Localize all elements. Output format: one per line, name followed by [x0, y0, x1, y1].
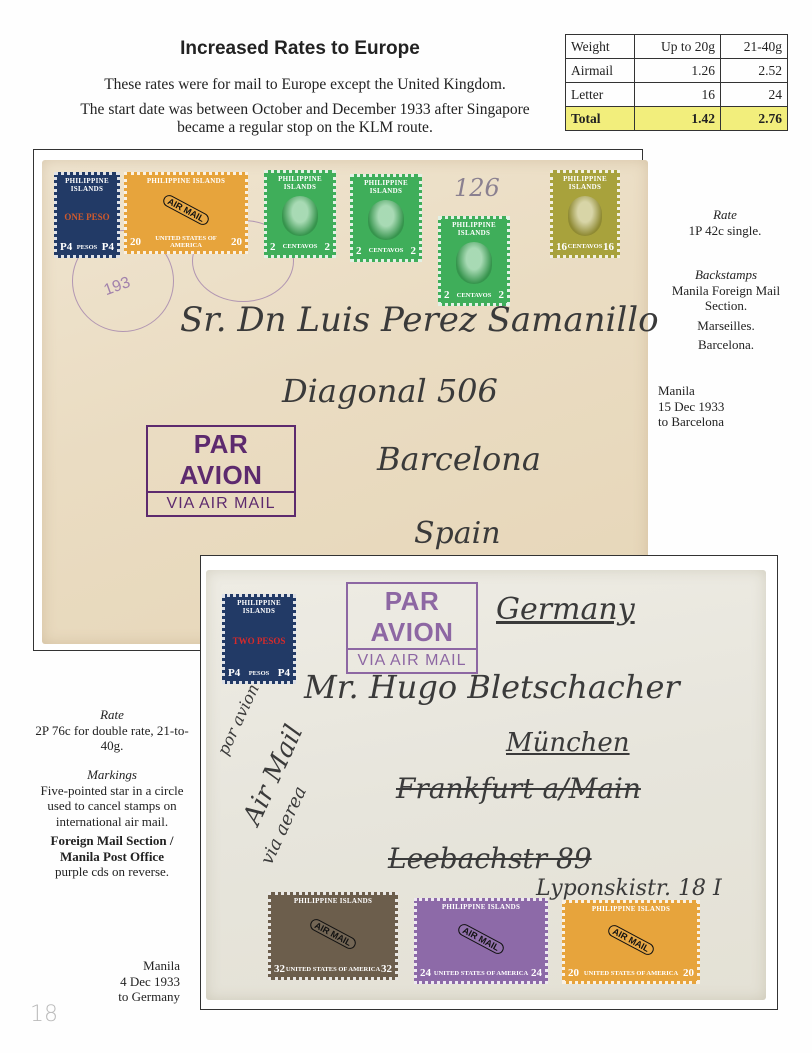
intro-text-2: The start date was between October and D…	[60, 101, 550, 137]
table-row: Letter 16 24	[566, 83, 788, 107]
address-line-3: Barcelona	[377, 440, 541, 478]
portrait-icon	[368, 200, 404, 241]
cover2-route-note: Manila 4 Dec 1933 to Germany	[60, 958, 180, 1005]
cell-value: 24	[721, 83, 788, 107]
stamp-2c-rizal: PHILIPPINE ISLANDS 2CENTAVOS2	[264, 170, 336, 258]
stamp-20c-airmail: PHILIPPINE ISLANDS AIR MAIL 20UNITED STA…	[124, 172, 248, 254]
stamp-32c-airmail: PHILIPPINE ISLANDS AIR MAIL 32UNITED STA…	[268, 892, 398, 980]
par-avion-cachet: PAR AVION VIA AIR MAIL	[146, 425, 296, 517]
cell-value: 1.42	[635, 107, 721, 131]
addressee-name: Mr. Hugo Bletschacher	[304, 668, 680, 706]
stamp-20c-airmail: PHILIPPINE ISLANDS AIR MAIL 20UNITED STA…	[562, 900, 700, 984]
page-number: 18	[30, 1002, 58, 1027]
rates-header-row: Weight Up to 20g 21-40g	[566, 35, 788, 59]
address-line-1: Sr. Dn Luis Perez Samanillo	[180, 300, 659, 340]
cell-value: 2.52	[721, 59, 788, 83]
old-city-struck: Frankfurt a/Main	[396, 772, 641, 805]
stamp-16c-dewey: PHILIPPINE ISLANDS 16CENTAVOS16	[550, 170, 620, 258]
cell-value: 1.26	[635, 59, 721, 83]
pencil-note: 126	[454, 174, 500, 202]
page-title: Increased Rates to Europe	[100, 38, 500, 60]
cell-value: 16	[635, 83, 721, 107]
airplane-overprint-icon: AIR MAIL	[308, 917, 358, 951]
side-marking-por-avion: por avion	[213, 681, 262, 758]
total-row: Total 1.42 2.76	[566, 107, 788, 131]
cell-value: 2.76	[721, 107, 788, 131]
cover2-rate-note: Rate 2P 76c for double rate, 21-to-40g.	[32, 707, 192, 754]
stamp-24c-airmail: PHILIPPINE ISLANDS AIR MAIL 24UNITED STA…	[414, 898, 548, 984]
airplane-overprint-icon: AIR MAIL	[456, 922, 506, 956]
surcharge-text: ONE PESO	[64, 212, 109, 222]
table-row: Airmail 1.26 2.52	[566, 59, 788, 83]
cover1-backstamps-note: Backstamps Manila Foreign Mail Section. …	[650, 267, 802, 353]
col-21-40g: 21-40g	[721, 35, 788, 59]
destination-country: Germany	[496, 592, 635, 627]
address-line-2: Diagonal 506	[282, 372, 498, 410]
old-street-struck: Leebachstr 89	[388, 842, 592, 875]
row-label: Letter	[566, 83, 635, 107]
col-weight: Weight	[566, 35, 635, 59]
stamp-2c-rizal: PHILIPPINE ISLANDS 2CENTAVOS2	[350, 174, 422, 262]
portrait-icon	[456, 242, 492, 284]
stamp-p4-surcharged: PHILIPPINE ISLANDS TWO PESOS P4PESOSP4	[222, 594, 296, 684]
airplane-overprint-icon: AIR MAIL	[606, 923, 656, 957]
col-up-to-20g: Up to 20g	[635, 35, 721, 59]
row-label: Total	[566, 107, 635, 131]
cover2-envelope: PHILIPPINE ISLANDS TWO PESOS P4PESOSP4 P…	[206, 570, 766, 1000]
surcharge-text: TWO PESOS	[233, 636, 286, 646]
airplane-overprint-icon: AIR MAIL	[161, 193, 211, 227]
cover1-rate-note: Rate 1P 42c single.	[655, 207, 795, 238]
stamp-2c-rizal: PHILIPPINE ISLANDS 2CENTAVOS2	[438, 216, 510, 306]
par-avion-cachet: PAR AVION VIA AIR MAIL	[346, 582, 478, 674]
cover1-route-note: Manila 15 Dec 1933 to Barcelona	[658, 383, 798, 430]
intro-text-1: These rates were for mail to Europe exce…	[60, 76, 550, 94]
portrait-icon	[568, 196, 603, 237]
cover2-markings-note: Markings Five-pointed star in a circle u…	[32, 767, 192, 880]
new-city: München	[506, 728, 630, 758]
portrait-icon	[282, 196, 318, 237]
rates-table: Weight Up to 20g 21-40g Airmail 1.26 2.5…	[565, 34, 788, 131]
row-label: Airmail	[566, 59, 635, 83]
stamp-p4-surcharged: PHILIPPINE ISLANDS ONE PESO P4PESOSP4	[54, 172, 120, 258]
new-street: Lyponskistr. 18 I	[536, 876, 722, 901]
address-line-4: Spain	[414, 516, 501, 551]
